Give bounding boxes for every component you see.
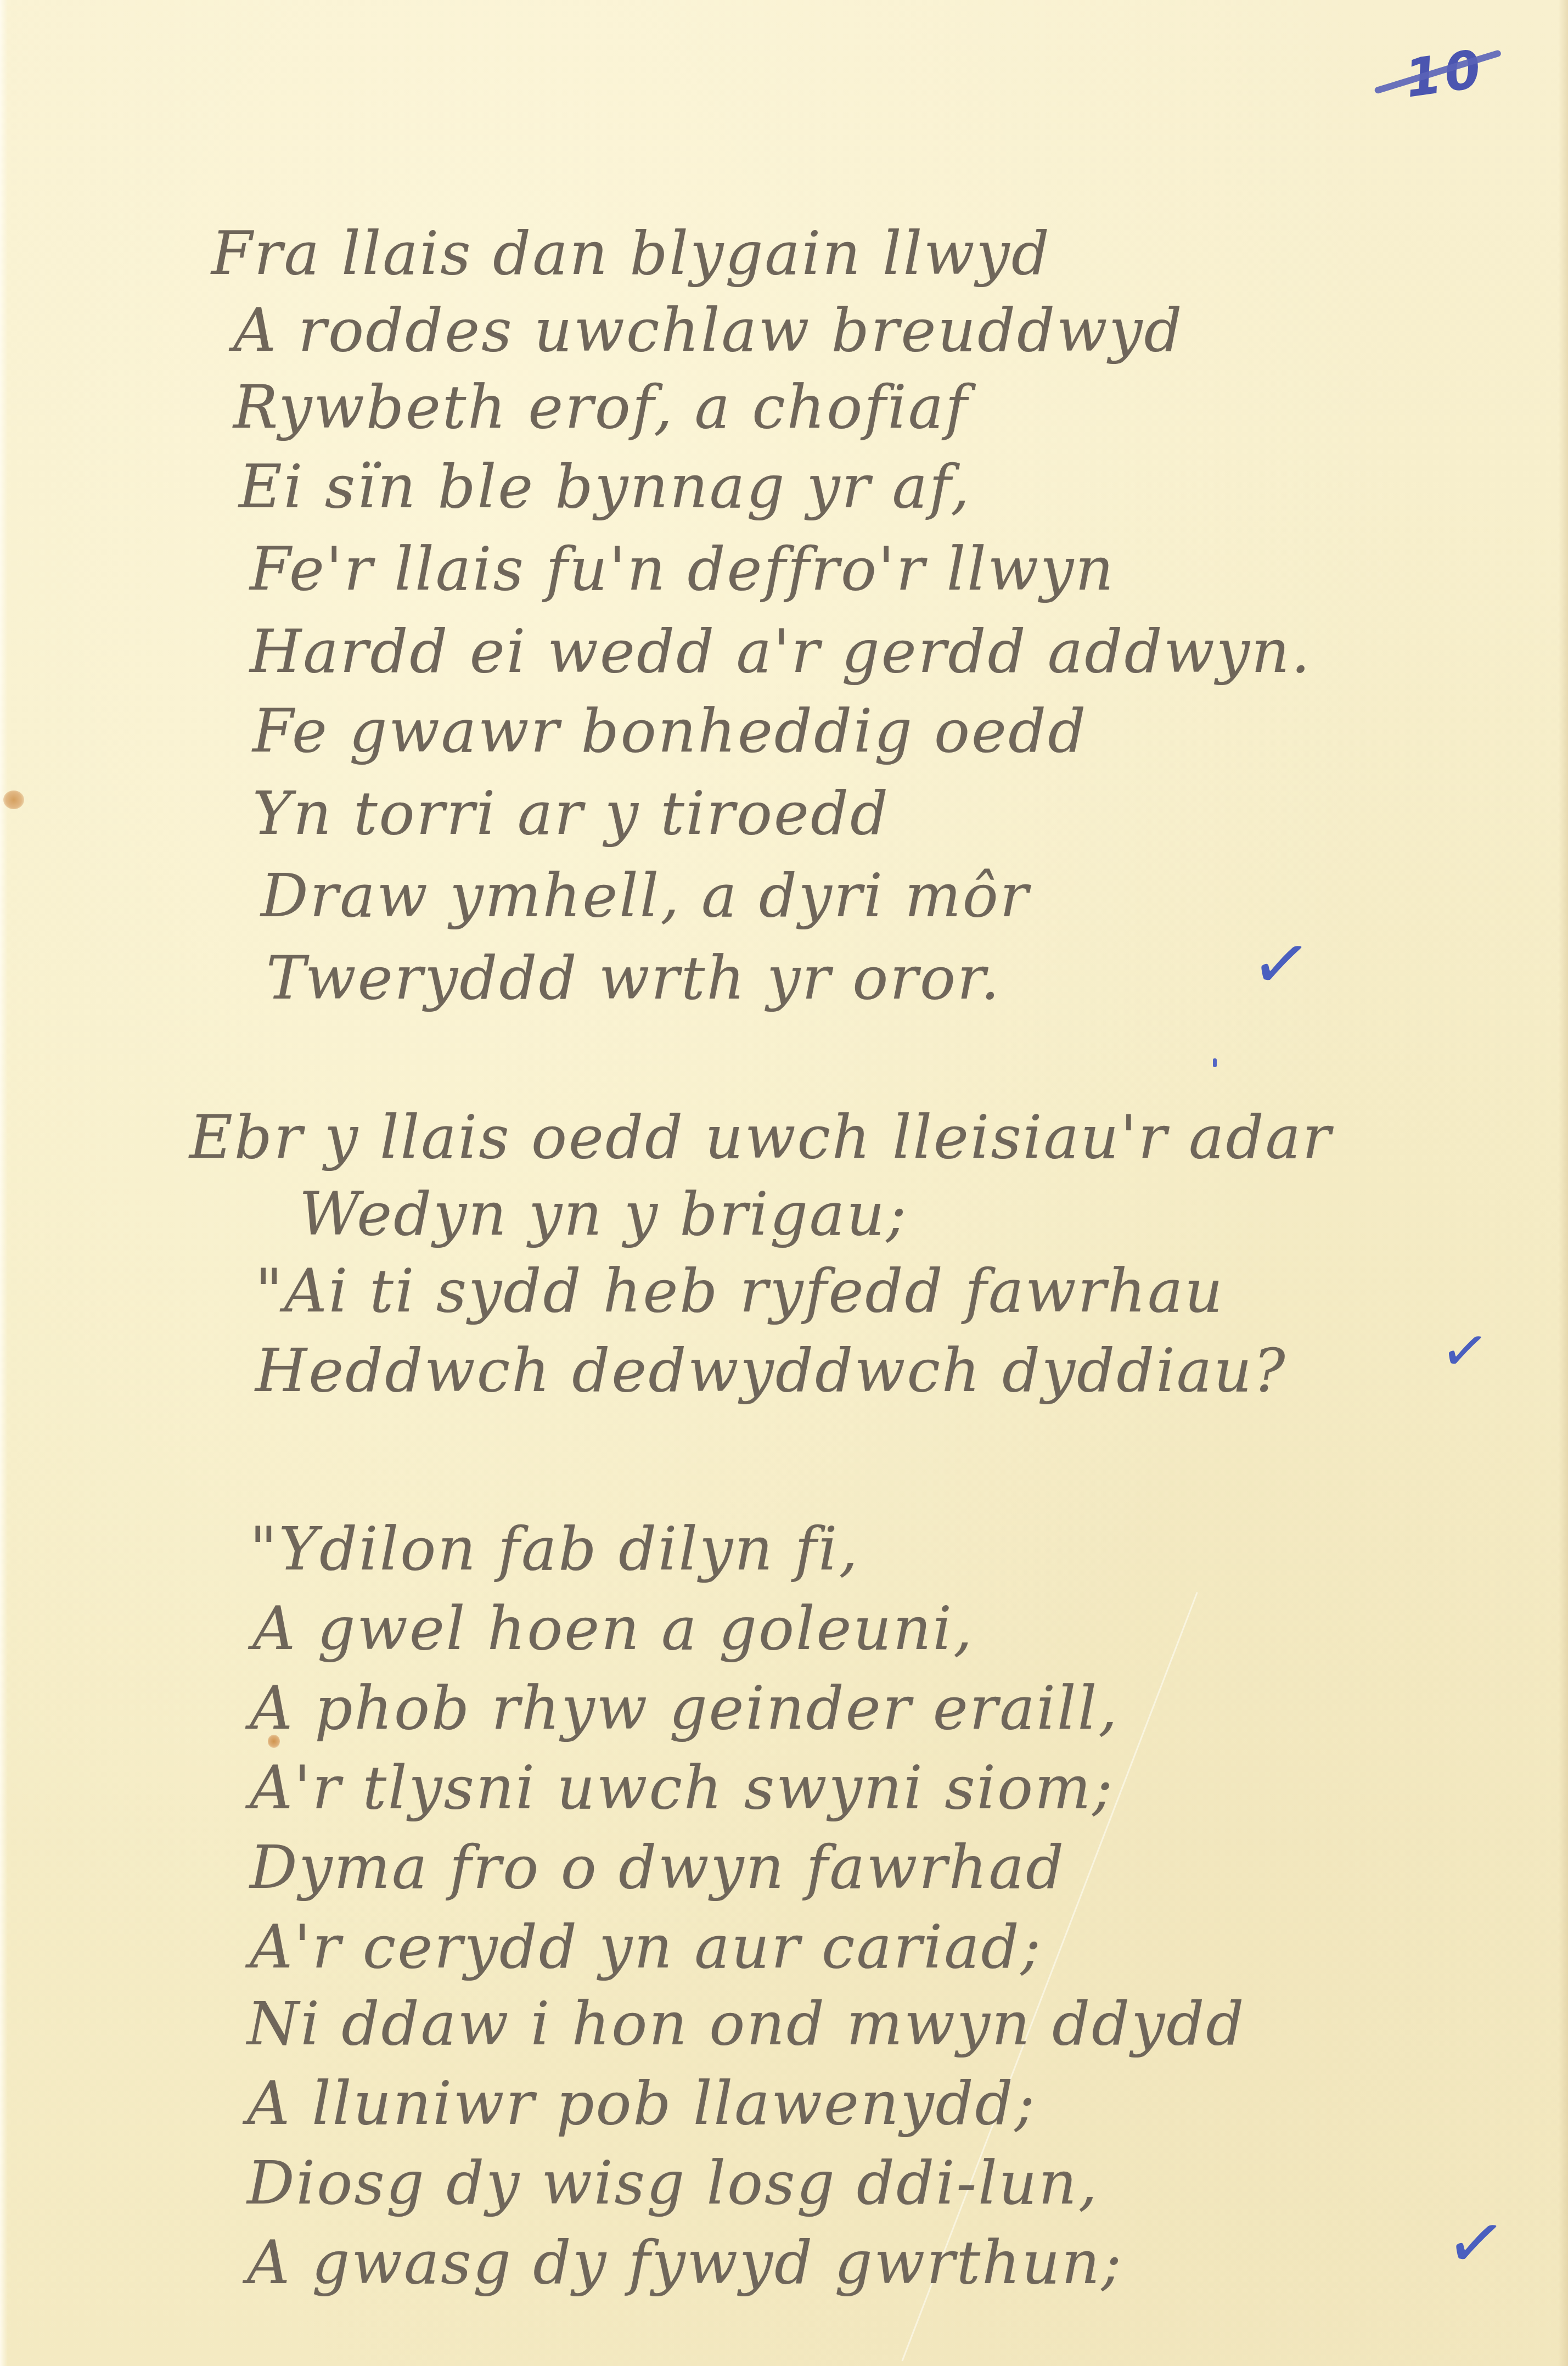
poem-line: A gwel hoen a goleuni, — [252, 1595, 974, 1663]
poem-line: A lluniwr pob llawenydd; — [247, 2070, 1036, 2138]
poem-line: Yn torri ar y tiroedd — [252, 780, 890, 848]
poem-line: A roddes uwchlaw breuddwyd — [233, 296, 1184, 365]
poem-line: Wedyn yn y brigau; — [299, 1180, 908, 1249]
poem-line: Tweryddd wrth yr oror. — [266, 944, 1001, 1013]
poem-line: Diosg dy wisg losg ddi-lun, — [247, 2149, 1099, 2218]
poem-line: Fe gwawr bonheddig oedd — [252, 697, 1087, 766]
foxing-stain — [3, 790, 24, 809]
poem-line: A'r tlysni uwch swyni siom; — [250, 1754, 1114, 1823]
check-mark-icon: ✓ — [1246, 918, 1317, 1010]
poem-line: A'r cerydd yn aur cariad; — [250, 1913, 1042, 1982]
poem-line: Ei sïn ble bynnag yr af, — [239, 453, 971, 522]
poem-line: Hardd ei wedd a'r gerdd addwyn. — [250, 618, 1312, 686]
poem-line: Rywbeth erof, a chofiaf — [233, 373, 969, 442]
paper-edge-left — [0, 0, 8, 2366]
poem-line: Fra llais dan blygain llwyd — [211, 220, 1051, 288]
poem-line: "Ydilon fab dilyn fi, — [250, 1515, 859, 1584]
poem-line: "Ai ti sydd heb ryfedd fawrhau — [255, 1257, 1224, 1326]
check-mark-icon: ✓ — [1441, 2197, 1511, 2289]
poem-line: A gwasg dy fywyd gwrthun; — [247, 2229, 1123, 2297]
poem-line: A phob rhyw geinder eraill, — [250, 1674, 1119, 1743]
ink-dot — [1213, 1058, 1217, 1067]
poem-line: Dyma fro o dwyn fawrhad — [250, 1834, 1065, 1902]
paper-edge-right — [1558, 0, 1568, 2366]
poem-line: Heddwch dedwyddwch dyddiau? — [255, 1337, 1287, 1405]
poem-line: Ni ddaw i hon ond mwyn ddydd — [247, 1990, 1246, 2059]
poem-line: Draw ymhell, a dyri môr — [261, 862, 1030, 930]
poem-line: Fe'r llais fu'n deffro'r llwyn — [250, 535, 1115, 604]
check-mark-icon: ✓ — [1436, 1314, 1493, 1387]
poem-line: Ebr y llais oedd uwch lleisiau'r adar — [189, 1103, 1333, 1172]
page-number: 10 — [1401, 39, 1488, 110]
